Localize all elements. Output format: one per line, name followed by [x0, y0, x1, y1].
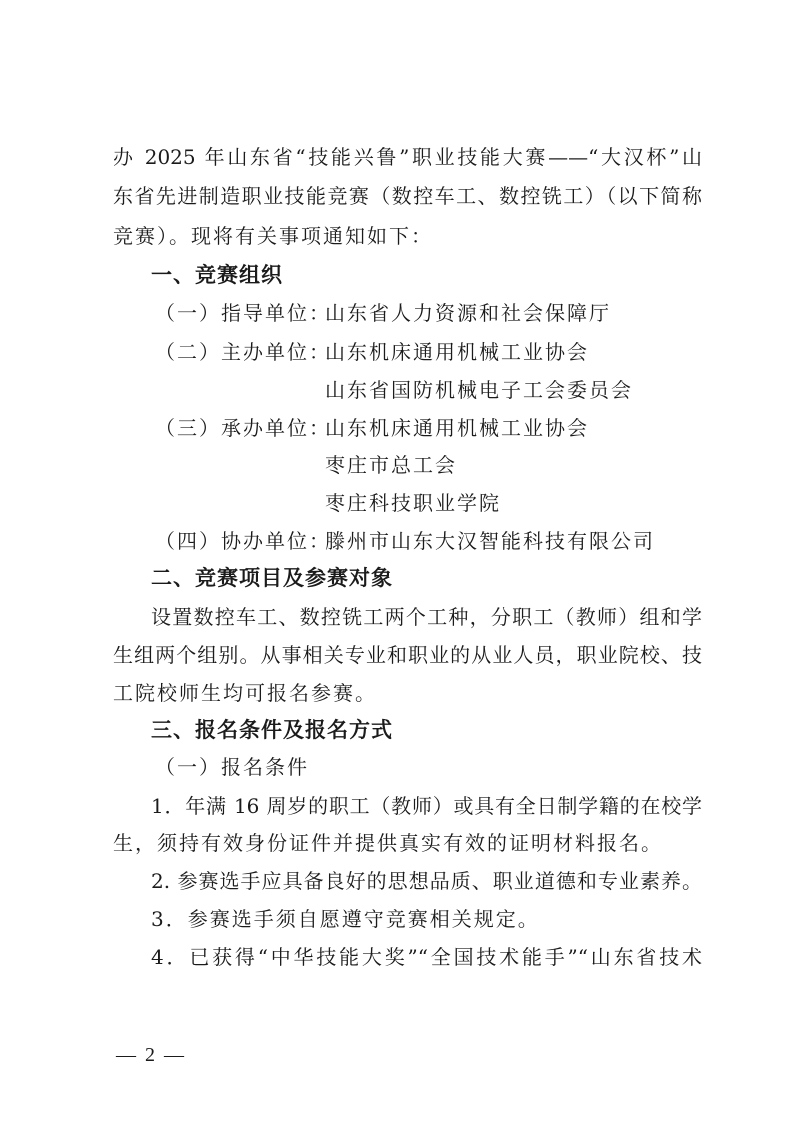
org-label-guidance: （一）指导单位： — [155, 294, 331, 332]
subsection-heading: （一）报名条件 — [155, 748, 309, 786]
page-number: — 2 — — [116, 1040, 186, 1070]
org-value: 山东省国防机械电子工会委员会 — [325, 371, 633, 409]
org-label-organizer: （三）承办单位： — [155, 409, 331, 447]
paragraph-line: 工院校师生均可报名参赛。 — [113, 674, 377, 712]
document-page: 办 2025 年山东省“技能兴鲁”职业技能大赛——“大汉杯”山 东省先进制造职业… — [0, 0, 800, 1131]
condition-line: 4．已获得“中华技能大奖”“全国技术能手”“山东省技术 — [151, 938, 702, 976]
intro-line: 东省先进制造职业技能竞赛（数控车工、数控铣工）（以下简称 — [113, 177, 702, 215]
org-value: 枣庄科技职业学院 — [325, 484, 501, 522]
intro-line: 办 2025 年山东省“技能兴鲁”职业技能大赛——“大汉杯”山 — [113, 138, 702, 176]
condition-line: 1．年满 16 周岁的职工（教师）或具有全日制学籍的在校学 — [151, 787, 702, 825]
org-value: 滕州市山东大汉智能科技有限公司 — [325, 522, 655, 560]
org-value: 山东机床通用机械工业协会 — [325, 333, 589, 371]
org-label-co-organizer: （四）协办单位： — [155, 522, 331, 560]
section-heading: 一、竞赛组织 — [151, 256, 283, 294]
paragraph-line: 设置数控车工、数控铣工两个工种，分职工（教师）组和学 — [151, 598, 702, 636]
section-heading: 二、竞赛项目及参赛对象 — [151, 559, 393, 597]
org-value: 枣庄市总工会 — [325, 446, 457, 484]
condition-line: 生，须持有效身份证件并提供真实有效的证明材料报名。 — [113, 824, 663, 862]
org-label-host: （二）主办单位： — [155, 333, 331, 371]
org-value: 山东省人力资源和社会保障厅 — [325, 294, 611, 332]
condition-line: 3．参赛选手须自愿遵守竞赛相关规定。 — [151, 900, 540, 938]
org-value: 山东机床通用机械工业协会 — [325, 409, 589, 447]
condition-line: 2. 参赛选手应具备良好的思想品质、职业道德和专业素养。 — [151, 862, 702, 900]
intro-line: 竞赛）。现将有关事项通知如下： — [113, 217, 433, 255]
paragraph-line: 生组两个组别。从事相关专业和职业的从业人员，职业院校、技 — [113, 636, 702, 674]
section-heading: 三、报名条件及报名方式 — [151, 711, 393, 749]
